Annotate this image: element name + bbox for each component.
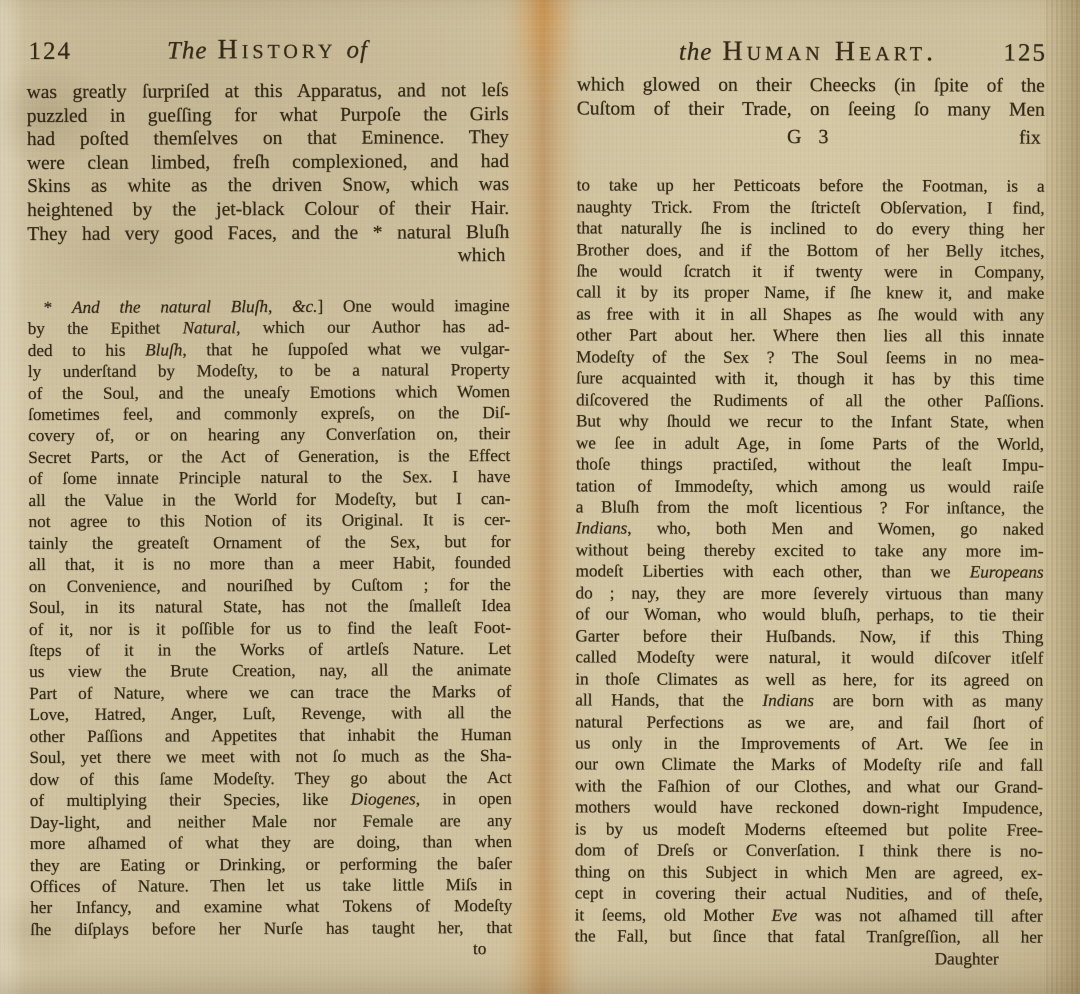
text-line: as free with it in all Shapes as ſhe wou… bbox=[576, 303, 1044, 326]
text-line: was greatly ſurpriſed at this Apparatus,… bbox=[27, 79, 509, 105]
running-header-left: 124 The History of bbox=[26, 33, 508, 69]
text-line: us view the Brute Creation, nay, all the… bbox=[29, 659, 511, 683]
text-line: naughty Trick. From the ſtricteſt Obſerv… bbox=[577, 196, 1045, 219]
signature-line: G 3 fix bbox=[577, 125, 1045, 151]
text-line: ſhe would ſcratch it if twenty were in C… bbox=[576, 260, 1044, 283]
catchword-right-footnote: Daughter bbox=[575, 947, 1043, 970]
text-line: ded to his Bluſh, that he ſuppoſed what … bbox=[28, 338, 510, 362]
text-line: covery of, or on hearing any Converſatio… bbox=[28, 423, 510, 447]
text-line: which glowed on their Cheecks (in ſpite … bbox=[577, 73, 1045, 98]
text-line: they are Eating or Drinking, or performi… bbox=[30, 852, 512, 876]
text-line: Brother does, and if the Bottom of her B… bbox=[576, 239, 1044, 262]
text-line: her Infancy, and examine what Tokens of … bbox=[30, 895, 512, 919]
text-line: dom of Dreſs or Converſation. I think th… bbox=[575, 840, 1043, 863]
footnote-left: * And the natural Bluſh, &c.] One would … bbox=[28, 295, 513, 941]
text-line: we ſee in adult Age, in ſome Parts of th… bbox=[576, 432, 1044, 455]
text-line: Offices of Nature. Then let us take litt… bbox=[30, 874, 512, 898]
text-line: ly underſtand by Modeſty, to be a natura… bbox=[28, 359, 510, 383]
footnote-right: to take up her Petticoats before the Foo… bbox=[575, 175, 1045, 949]
text-line: all the Value in the World for Modeſty, … bbox=[28, 488, 510, 512]
text-line: cept in covering their actual Nudities, … bbox=[575, 883, 1043, 906]
text-line: of it, nor is it poſſible for us to find… bbox=[29, 616, 511, 640]
header-title-left: History bbox=[217, 34, 336, 66]
text-line: Skins as white as the driven Snow, which… bbox=[27, 173, 509, 199]
catchword-left-main: which bbox=[27, 244, 509, 270]
text-line: Secret Parts, or the Act of Generation, … bbox=[28, 445, 510, 469]
header-title-right: Human Heart. bbox=[722, 36, 937, 68]
text-line: called Modeſty were natural, it would di… bbox=[575, 647, 1043, 670]
text-line: * And the natural Bluſh, &c.] One would … bbox=[28, 295, 510, 319]
text-line: heightened by the jet-black Colour of th… bbox=[27, 197, 509, 223]
text-line: Soul, yet there we meet with not ſo much… bbox=[29, 745, 511, 769]
text-line: puzzled in gueſſing for what Purpoſe the… bbox=[27, 103, 509, 129]
text-line: diſcovered the Rudiments of all the othe… bbox=[576, 389, 1044, 412]
text-line: thing on this Subject in which Men are a… bbox=[575, 861, 1043, 884]
text-line: of the Soul, and the uneaſy Emotions whi… bbox=[28, 381, 510, 405]
running-header-right: the Human Heart. 125 bbox=[577, 35, 1045, 70]
text-line: Soul, in its natural State, has not the … bbox=[29, 595, 511, 619]
text-line: on Convenience, and nouriſhed by Cuſtom … bbox=[29, 574, 511, 598]
text-line: tation of Immodeſty, which among us woul… bbox=[576, 475, 1044, 498]
page-number-right: 125 bbox=[1003, 40, 1047, 68]
text-line: in thoſe Climates as well as here, for i… bbox=[575, 668, 1043, 691]
text-line: it ſeems, old Mother Eve was not aſhamed… bbox=[575, 904, 1043, 927]
header-word-post-left: of bbox=[346, 37, 368, 64]
right-page-text: the Human Heart. 125 which glowed on the… bbox=[575, 35, 1045, 969]
text-line: the Fall, but ſince that fatal Tranſgreſ… bbox=[575, 925, 1043, 948]
main-text-left: was greatly ſurpriſed at this Apparatus,… bbox=[27, 79, 510, 246]
text-line: They had very good Faces, and the * natu… bbox=[27, 221, 509, 247]
text-line: Part of Nature, where we can trace the M… bbox=[29, 681, 511, 705]
text-line: Day-light, and neither Male nor Female a… bbox=[30, 810, 512, 834]
text-line: thoſe things practiſed, without the leaſ… bbox=[576, 453, 1044, 476]
text-line: more aſhamed of what they are doing, tha… bbox=[30, 831, 512, 855]
header-word-pre-right: the bbox=[679, 39, 713, 66]
right-page: the Human Heart. 125 which glowed on the… bbox=[556, 0, 1080, 994]
left-page-text: 124 The History of was greatly ſurpriſed… bbox=[26, 33, 512, 962]
header-word-pre-left: The bbox=[167, 37, 208, 64]
signature-mark: G 3 bbox=[787, 126, 835, 148]
text-line: not agree to this Notion of its Original… bbox=[28, 509, 510, 533]
text-line: But why ſhould we recur to the Infant St… bbox=[576, 411, 1044, 434]
text-line: call it by its proper Name, if ſhe knew … bbox=[576, 282, 1044, 305]
book-spread: 124 The History of was greatly ſurpriſed… bbox=[0, 0, 1080, 994]
text-line: ſteps of it in the Works of artleſs Natu… bbox=[29, 638, 511, 662]
text-line: of multiplying their Species, like Dioge… bbox=[30, 788, 512, 812]
page-number-left: 124 bbox=[28, 38, 72, 66]
catchword-left-footnote: to bbox=[30, 938, 512, 962]
text-line: Modeſty of the Sex ? The Soul ſeems in n… bbox=[576, 346, 1044, 369]
text-line: us only in the Improvements of Art. We ſ… bbox=[575, 732, 1043, 755]
catchword-right-main: fix bbox=[1019, 126, 1041, 151]
text-line: our own Climate the Marks of Modeſty riſ… bbox=[575, 754, 1043, 777]
text-line: ſure acquainted with it, though it has b… bbox=[576, 368, 1044, 391]
text-line: other Paſſions and Appetites that inhabi… bbox=[29, 724, 511, 748]
text-line: all that, it is no more than a meer Habi… bbox=[29, 552, 511, 576]
text-line: to take up her Petticoats before the Foo… bbox=[577, 175, 1045, 198]
text-line: by the Epithet Natural, which our Author… bbox=[28, 316, 510, 340]
text-line: Indians, who, both Men and Women, go nak… bbox=[576, 518, 1044, 541]
text-line: Love, Hatred, Anger, Luſt, Revenge, with… bbox=[29, 702, 511, 726]
text-line: is by us modeſt Moderns eſteemed but pol… bbox=[575, 818, 1043, 841]
text-line: of ſome innate Principle natural to the … bbox=[28, 466, 510, 490]
text-line: had poſted themſelves on that Eminence. … bbox=[27, 126, 509, 152]
text-line: of our Woman, who would bluſh, perhaps, … bbox=[575, 604, 1043, 627]
text-line: a Bluſh from the moſt licentious ? For i… bbox=[576, 496, 1044, 519]
text-line: tainly the greateſt Ornament of the Sex,… bbox=[29, 531, 511, 555]
left-page: 124 The History of was greatly ſurpriſed… bbox=[0, 0, 518, 994]
text-line: were clean limbed, freſh complexioned, a… bbox=[27, 150, 509, 176]
text-line: Cuſtom of their Trade, on ſeeing ſo many… bbox=[577, 97, 1045, 122]
text-line: do ; nay, they are more ſeverely virtuou… bbox=[575, 582, 1043, 605]
text-line: ſhe diſplays before her Nurſe has taught… bbox=[30, 917, 512, 941]
text-line: natural Perfections as we are, and fail … bbox=[575, 711, 1043, 734]
text-line: all Hands, that the Indians are born wit… bbox=[575, 689, 1043, 712]
text-line: dow of this ſame Modeſty. They go about … bbox=[30, 767, 512, 791]
main-text-right: which glowed on their Cheecks (in ſpite … bbox=[577, 73, 1045, 121]
text-line: that naturally ſhe is inclined to do eve… bbox=[576, 217, 1044, 240]
text-line: with the Faſhion of our Clothes, and wha… bbox=[575, 775, 1043, 798]
text-line: modeſt Liberties with each other, than w… bbox=[576, 561, 1044, 584]
text-line: ſometimes feel, and commonly expreſs, on… bbox=[28, 402, 510, 426]
text-line: without being thereby excited to take an… bbox=[576, 539, 1044, 562]
text-line: Garter before their Huſbands. Now, if th… bbox=[575, 625, 1043, 648]
text-line: other Part about her. Where then lies al… bbox=[576, 325, 1044, 348]
text-line: mothers would have reckoned down-right I… bbox=[575, 797, 1043, 820]
